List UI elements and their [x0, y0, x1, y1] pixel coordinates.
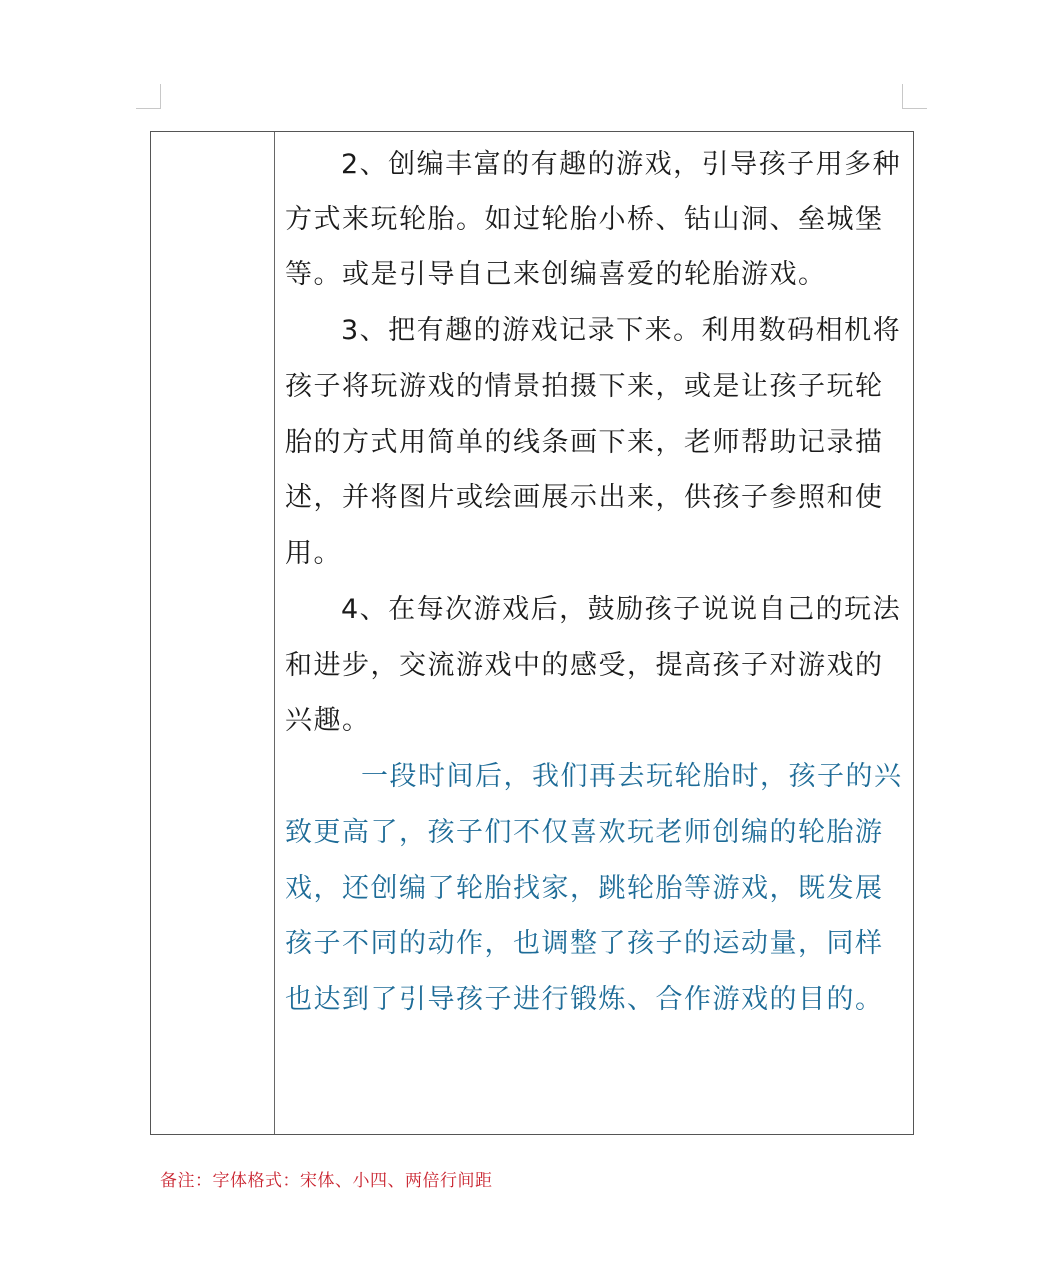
- content-table: 2、创编丰富的有趣的游戏，引导孩子用多种 方式来玩轮胎。如过轮胎小桥、钻山洞、垒…: [150, 131, 914, 1135]
- paragraph-line: 胎的方式用简单的线条画下来，老师帮助记录描: [285, 425, 884, 461]
- footnote: 备注：字体格式：宋体、小四、两倍行间距: [160, 1166, 493, 1191]
- table-left-column: [151, 132, 275, 1134]
- highlight-line: 一段时间后，我们再去玩轮胎时，孩子的兴: [361, 759, 903, 795]
- paragraph-line: 方式来玩轮胎。如过轮胎小桥、钻山洞、垒城堡: [285, 202, 884, 238]
- paragraph-line: 述，并将图片或绘画展示出来，供孩子参照和使: [285, 480, 884, 516]
- paragraph-line: 兴趣。: [285, 703, 371, 739]
- paragraph-line: 3、把有趣的游戏记录下来。利用数码相机将: [341, 313, 901, 349]
- crop-mark-top-right: [902, 84, 927, 109]
- paragraph-line: 和进步，交流游戏中的感受，提高孩子对游戏的: [285, 648, 884, 684]
- highlight-line: 致更高了，孩子们不仅喜欢玩老师创编的轮胎游: [285, 815, 884, 851]
- paragraph-line: 4、在每次游戏后，鼓励孩子说说自己的玩法: [341, 592, 901, 628]
- paragraph-line: 用。: [285, 536, 342, 572]
- highlight-line: 也达到了引导孩子进行锻炼、合作游戏的目的。: [285, 982, 884, 1018]
- highlight-line: 戏，还创编了轮胎找家，跳轮胎等游戏，既发展: [285, 871, 884, 907]
- table-right-column: 2、创编丰富的有趣的游戏，引导孩子用多种 方式来玩轮胎。如过轮胎小桥、钻山洞、垒…: [275, 132, 913, 1134]
- paragraph-line: 等。或是引导自己来创编喜爱的轮胎游戏。: [285, 257, 827, 293]
- crop-mark-top-left: [136, 84, 161, 109]
- highlight-line: 孩子不同的动作，也调整了孩子的运动量，同样: [285, 926, 884, 962]
- paragraph-line: 孩子将玩游戏的情景拍摄下来，或是让孩子玩轮: [285, 369, 884, 405]
- paragraph-line: 2、创编丰富的有趣的游戏，引导孩子用多种: [341, 147, 901, 183]
